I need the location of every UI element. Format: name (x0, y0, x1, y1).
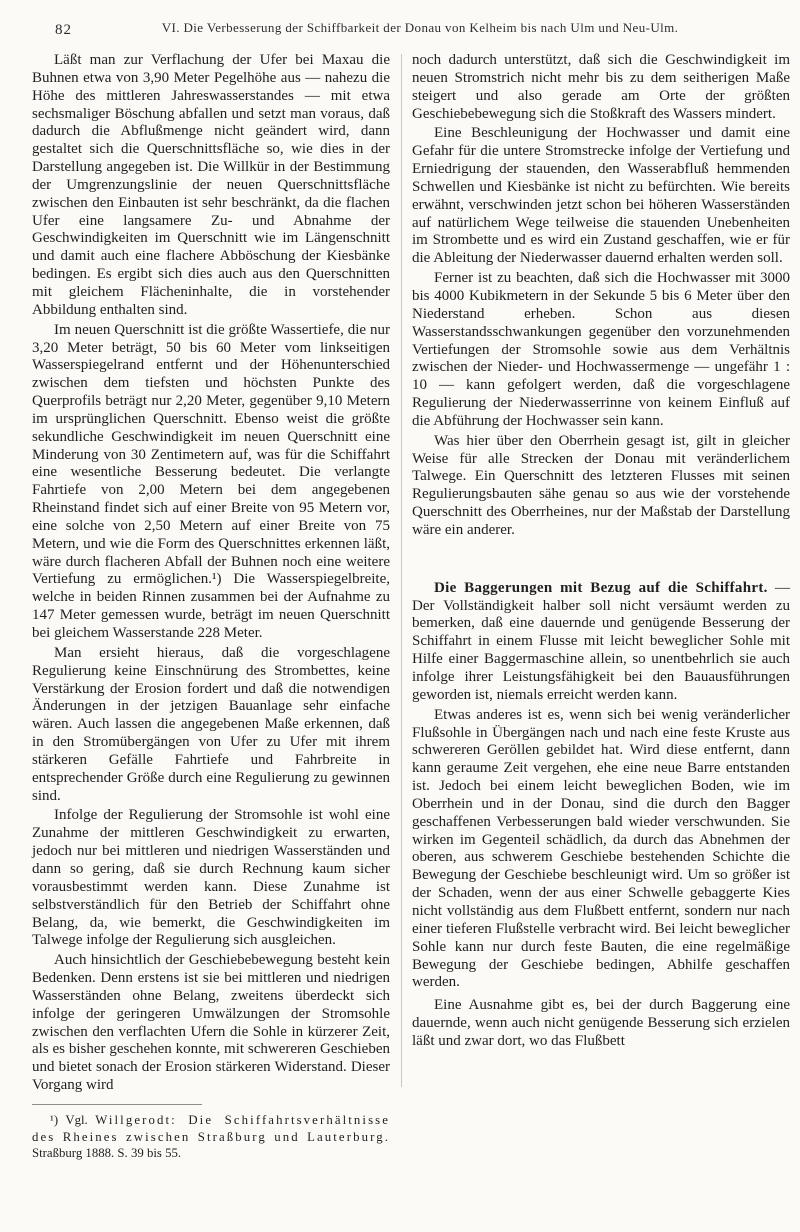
right-column: noch dadurch unterstützt, daß sich die G… (412, 52, 790, 1228)
footnote-divider (32, 1104, 202, 1105)
section-body-text: — Der Vollständigkeit halber soll nicht … (412, 580, 790, 703)
column-divider (401, 54, 402, 1228)
paragraph: Ferner ist zu beachten, daß sich die Hoc… (412, 270, 790, 431)
paragraph: Auch hinsichtlich der Geschiebebewegung … (32, 952, 390, 1095)
paragraph: Die Baggerungen mit Bezug auf die Schiff… (412, 580, 790, 705)
footnote-marker: ¹) (50, 1113, 58, 1127)
book-page: { "colors": { "paper": "#fbfaf7", "ink":… (0, 0, 800, 1232)
footnote-prefix: Vgl. (65, 1113, 87, 1127)
paragraph: Eine Ausnahme gibt es, bei der durch Bag… (412, 997, 790, 1051)
page-number: 82 (55, 22, 72, 39)
paragraph: Läßt man zur Verflachung der Ufer bei Ma… (32, 52, 390, 320)
footnote-text: ¹) Vgl. Willgerodt: Die Schiffahrtsverhä… (32, 1112, 390, 1162)
page-header: 82 VI. Die Verbesserung der Schiffbarkei… (0, 0, 800, 48)
paragraph: Im neuen Querschnitt ist die größte Wass… (32, 322, 390, 643)
paragraph: Eine Beschleunigung der Hochwasser und d… (412, 125, 790, 268)
paragraph: noch dadurch unterstützt, daß sich die G… (412, 52, 790, 123)
paragraph: Infolge der Regulierung der Stromsohle i… (32, 807, 390, 950)
paragraph: Was hier über den Oberrhein gesagt ist, … (412, 433, 790, 540)
section-heading: Die Baggerungen mit Bezug auf die Schiff… (434, 580, 768, 596)
footnote-tail: Straßburg 1888. S. 39 bis 55. (32, 1146, 181, 1160)
left-column: Läßt man zur Verflachung der Ufer bei Ma… (32, 52, 390, 1228)
running-header-title: VI. Die Verbesserung der Schiffbarkeit d… (0, 20, 800, 36)
paragraph: Etwas anderes ist es, wenn sich bei weni… (412, 707, 790, 993)
paragraph: Man ersieht hieraus, daß die vorgeschlag… (32, 645, 390, 806)
text-columns: Läßt man zur Verflachung der Ufer bei Ma… (0, 48, 800, 1228)
footnote: ¹) Vgl. Willgerodt: Die Schiffahrtsverhä… (32, 1104, 390, 1162)
